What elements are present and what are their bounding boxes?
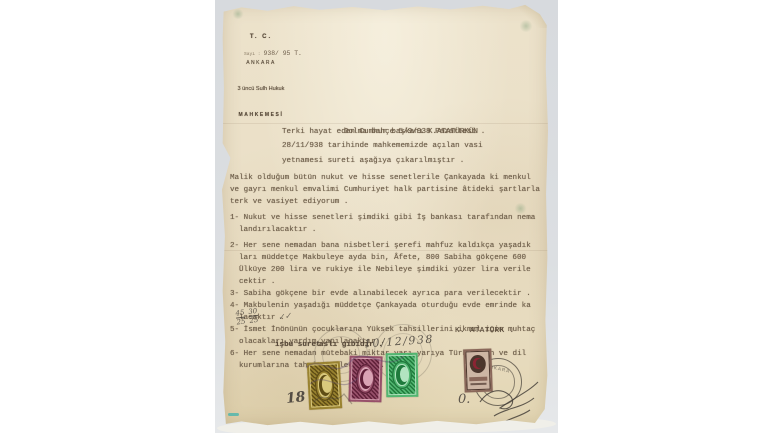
typed-line: terk ve vasiyet ediyorum . bbox=[230, 196, 542, 208]
pencil-number: 30 bbox=[248, 307, 258, 316]
letterhead-line: T. C. bbox=[226, 34, 296, 41]
typed-line: ları müddetçe Makbuleye ayda bin, Âfete,… bbox=[230, 252, 542, 264]
typed-line: cektir . bbox=[230, 276, 542, 288]
typed-line: 3- Sabiha gökçene bir evde alınabilecek … bbox=[230, 288, 542, 300]
pencil-number: 45 bbox=[235, 309, 245, 318]
typed-line: 1- Nukut ve hisse senetleri şimdiki gibi… bbox=[230, 212, 542, 224]
pencil-number: 25 bbox=[236, 316, 246, 326]
ataturk-signature-typed: K. ATATÜRK . bbox=[455, 327, 514, 335]
document-photo: T. C. ANKARA 3 üncü Sulh Hukuk MAHKEMESİ… bbox=[215, 0, 558, 433]
typed-line: 4- Makbulenin yaşadığı müddetçe Çankayad… bbox=[230, 300, 542, 312]
typed-line: 2- Her sene nemadan bana nisbetleri şere… bbox=[230, 240, 542, 252]
pencil-calculation: 45253025 bbox=[235, 306, 263, 326]
case-number-value: 938/ 95 T. bbox=[264, 50, 302, 57]
handwritten-initial: 0. bbox=[458, 392, 470, 407]
will-dateline: Dolma bahçe 5/9/938 Pazartesi . bbox=[344, 128, 485, 136]
typed-line: Malik olduğum bütün nukut ve hisse senet… bbox=[230, 172, 542, 184]
aged-paper-sheet: T. C. ANKARA 3 üncü Sulh Hukuk MAHKEMESİ… bbox=[222, 4, 548, 426]
pencil-number: 25 bbox=[249, 315, 259, 325]
handwritten-signature bbox=[470, 368, 544, 428]
teal-mark bbox=[228, 413, 239, 416]
typed-line: Ülküye 200 lira ve rukiye ile Nebileye ş… bbox=[230, 264, 542, 276]
letterhead-line: ANKARA bbox=[226, 60, 296, 67]
ink-stain bbox=[519, 20, 533, 32]
typed-line: landırılacaktır . bbox=[230, 224, 542, 236]
case-number-label: Sayı : bbox=[244, 52, 261, 57]
pen-cancellation-scribble bbox=[300, 340, 430, 414]
case-number: Sayı :938/ 95 T. bbox=[244, 50, 302, 57]
typed-line: ve gayrı menkul emvalimi Cumhuriyet halk… bbox=[230, 184, 542, 196]
